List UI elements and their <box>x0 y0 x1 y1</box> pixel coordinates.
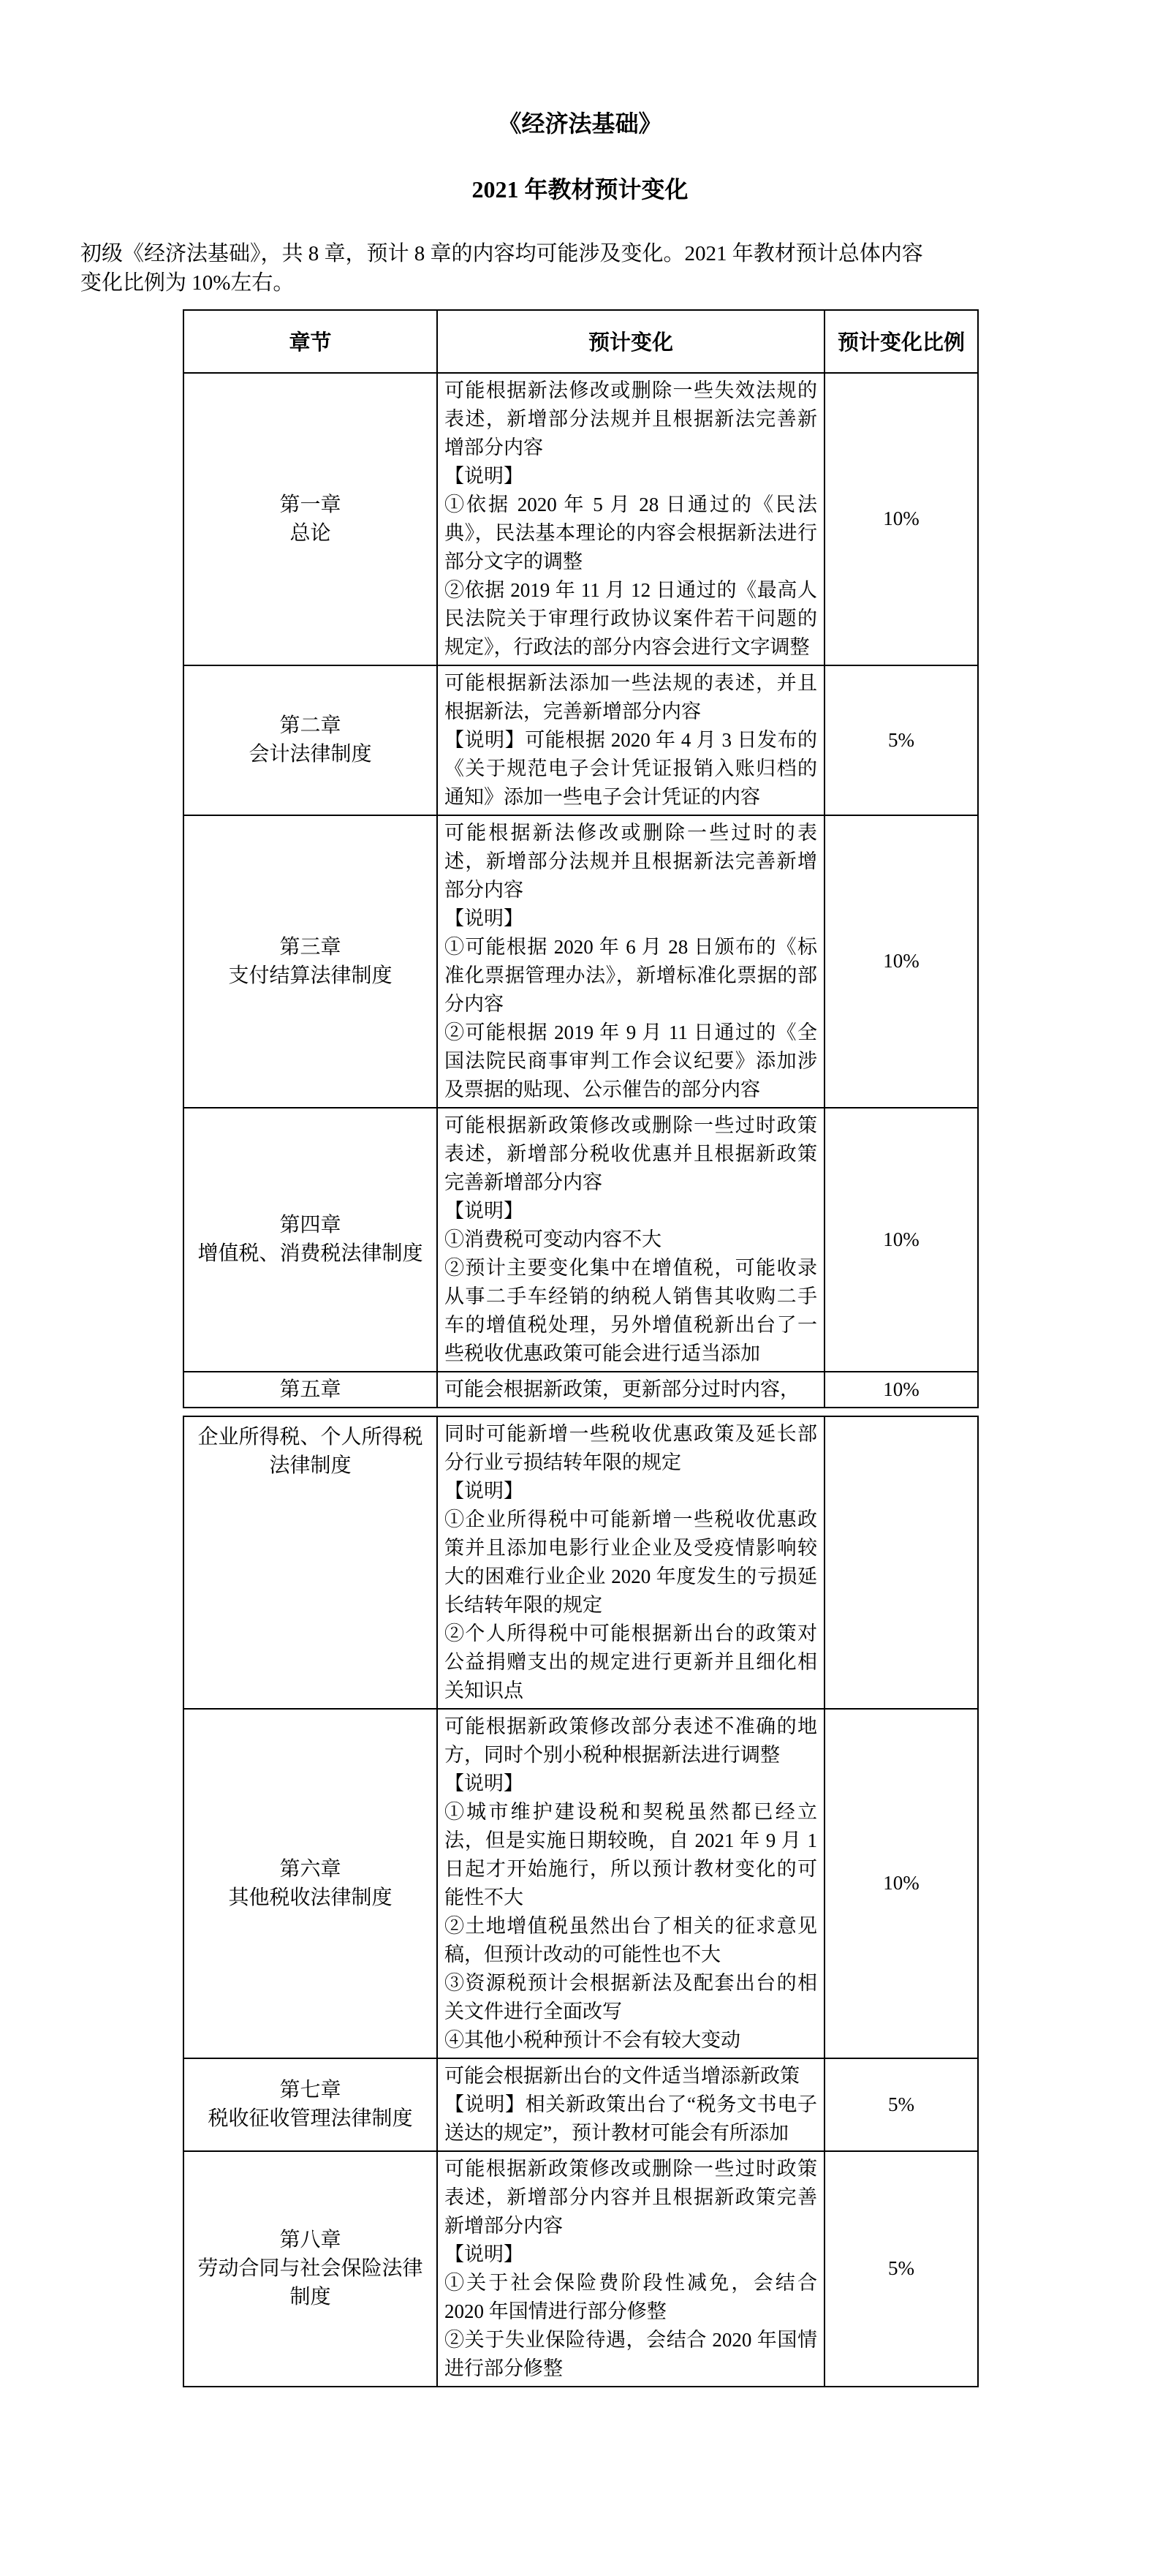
header-cell-expected-change: 预计变化 <box>437 310 824 373</box>
chapter-cell: 第三章 支付结算法律制度 <box>183 815 437 1108</box>
ratio-cell: 5% <box>824 2151 978 2387</box>
ratio-cell <box>824 1416 978 1709</box>
change-cell: 可能根据新政策修改或删除一些过时政策表述，新增部分税收优惠并且根据新政策完善新增… <box>437 1108 824 1372</box>
ratio-cell: 10% <box>824 815 978 1108</box>
table-row-chapter-5-continued: 企业所得税、个人所得税 法律制度 同时可能新增一些税收优惠政策及延长部分行业亏损… <box>183 1416 978 1709</box>
chapter-cell: 第四章 增值税、消费税法律制度 <box>183 1108 437 1372</box>
changes-table-part2: 企业所得税、个人所得税 法律制度 同时可能新增一些税收优惠政策及延长部分行业亏损… <box>183 1416 979 2387</box>
page-title: 《经济法基础》 <box>0 0 1160 137</box>
chapter-cell: 第八章 劳动合同与社会保险法律 制度 <box>183 2151 437 2387</box>
table-row-chapter-6: 第六章 其他税收法律制度 可能根据新政策修改部分表述不准确的地方，同时个别小税种… <box>183 1709 978 2058</box>
change-cell: 可能会根据新出台的文件适当增添新政策 【说明】相关新政策出台了“税务文书电子送达… <box>437 2058 824 2151</box>
header-cell-change-ratio: 预计变化比例 <box>824 310 978 373</box>
document-page: 《经济法基础》 2021 年教材预计变化 初级《经济法基础》，共 8 章，预计 … <box>0 0 1160 2576</box>
page-subtitle: 2021 年教材预计变化 <box>0 175 1160 203</box>
change-cell: 可能根据新法修改或删除一些失效法规的表述，新增部分法规并且根据新法完善新增部分内… <box>437 373 824 665</box>
ratio-cell: 5% <box>824 2058 978 2151</box>
ratio-cell: 10% <box>824 373 978 665</box>
change-cell: 可能根据新法添加一些法规的表述，并且根据新法，完善新增部分内容 【说明】可能根据… <box>437 665 824 815</box>
table-row-chapter-2: 第二章 会计法律制度 可能根据新法添加一些法规的表述，并且根据新法，完善新增部分… <box>183 665 978 815</box>
chapter-cell: 第一章 总论 <box>183 373 437 665</box>
table-row-chapter-5: 第五章 可能会根据新政策，更新部分过时内容， 10% <box>183 1372 978 1408</box>
chapter-cell: 第六章 其他税收法律制度 <box>183 1709 437 2058</box>
table-row-chapter-8: 第八章 劳动合同与社会保险法律 制度 可能根据新政策修改或删除一些过时政策表述，… <box>183 2151 978 2387</box>
ratio-cell: 10% <box>824 1108 978 1372</box>
table-row-chapter-3: 第三章 支付结算法律制度 可能根据新法修改或删除一些过时的表述，新增部分法规并且… <box>183 815 978 1108</box>
change-cell: 同时可能新增一些税收优惠政策及延长部分行业亏损结转年限的规定 【说明】 ①企业所… <box>437 1416 824 1709</box>
chapter-cell: 第二章 会计法律制度 <box>183 665 437 815</box>
chapter-cell: 企业所得税、个人所得税 法律制度 <box>183 1416 437 1709</box>
change-cell: 可能根据新政策修改部分表述不准确的地方，同时个别小税种根据新法进行调整 【说明】… <box>437 1709 824 2058</box>
chapter-cell: 第五章 <box>183 1372 437 1408</box>
table-row-chapter-1: 第一章 总论 可能根据新法修改或删除一些失效法规的表述，新增部分法规并且根据新法… <box>183 373 978 665</box>
intro-paragraph: 初级《经济法基础》，共 8 章，预计 8 章的内容均可能涉及变化。2021 年教… <box>80 239 1072 298</box>
change-cell: 可能会根据新政策，更新部分过时内容， <box>437 1372 824 1408</box>
table-header-row: 章节 预计变化 预计变化比例 <box>183 310 978 373</box>
ratio-cell: 5% <box>824 665 978 815</box>
changes-table-part1: 章节 预计变化 预计变化比例 第一章 总论 可能根据新法修改或删除一些失效法规的… <box>183 309 979 1408</box>
ratio-cell: 10% <box>824 1709 978 2058</box>
change-cell: 可能根据新法修改或删除一些过时的表述，新增部分法规并且根据新法完善新增部分内容 … <box>437 815 824 1108</box>
header-cell-chapter: 章节 <box>183 310 437 373</box>
chapter-cell: 第七章 税收征收管理法律制度 <box>183 2058 437 2151</box>
change-cell: 可能根据新政策修改或删除一些过时政策表述，新增部分内容并且根据新政策完善新增部分… <box>437 2151 824 2387</box>
ratio-cell: 10% <box>824 1372 978 1408</box>
table-row-chapter-4: 第四章 增值税、消费税法律制度 可能根据新政策修改或删除一些过时政策表述，新增部… <box>183 1108 978 1372</box>
table-row-chapter-7: 第七章 税收征收管理法律制度 可能会根据新出台的文件适当增添新政策 【说明】相关… <box>183 2058 978 2151</box>
